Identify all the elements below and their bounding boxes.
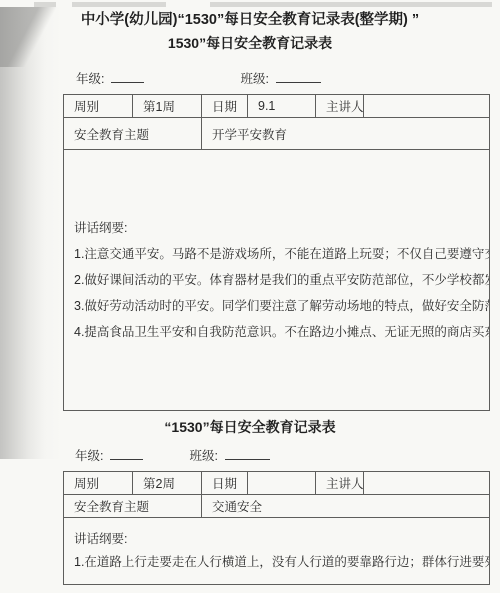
outline-cell: 讲话纲要: 1.注意交通平安。马路不是游戏场所，不能在道路上玩耍；不仅自己要遵守…	[64, 150, 490, 411]
grade-label: 年级:	[76, 72, 104, 86]
date-label-cell: 日期	[202, 472, 248, 495]
outline-item-2: 2.做好课间活动的平安。体育器材是我们的重点平安防范部位，不少学校都发生过摔伤的…	[74, 267, 485, 293]
grade-field: 年级:	[75, 446, 143, 464]
date-value-cell: 9.1	[248, 95, 316, 118]
outline-item-3: 3.做好劳动活动时的平安。同学们要注意了解劳动场地的特点，做好安全防范；注意劳逸…	[74, 293, 485, 319]
week-value-cell: 第2周	[133, 472, 202, 495]
table-row: 周别 第1周 日期 9.1 主讲人	[64, 95, 490, 118]
outline-item-4: 4.提高食品卫生平安和自我防范意识。不在路边小摊点、无证无照的商店买东西，不买"…	[74, 319, 485, 345]
record-table-week1: 周别 第1周 日期 9.1 主讲人 安全教育主题 开学平安教育 讲话纲要: 1.…	[63, 94, 490, 411]
speaker-value-cell	[364, 472, 490, 495]
week-label-cell: 周别	[64, 95, 133, 118]
table-row: 安全教育主题 交通安全	[64, 495, 490, 518]
class-field: 班级:	[189, 446, 269, 464]
outline-label: 讲话纲要:	[74, 528, 485, 551]
section2-title: “1530”每日安全教育记录表	[0, 411, 500, 436]
grade-label: 年级:	[75, 449, 103, 463]
class-label: 班级:	[189, 449, 217, 463]
document-page: 中小学(幼儿园)“1530”每日安全教育记录表(整学期) ” 1530”每日安全…	[0, 0, 500, 593]
topic-value-cell: 交通安全	[202, 495, 490, 518]
speaker-label-cell: 主讲人	[316, 95, 364, 118]
grade-field: 年级:	[76, 69, 144, 87]
table-row: 讲话纲要: 1.注意交通平安。马路不是游戏场所，不能在道路上玩耍；不仅自己要遵守…	[64, 150, 490, 411]
scan-edge-gap	[166, 1, 210, 9]
outline-cell: 讲话纲要: 1.在道路上行走要走在人行横道上，没有人行道的要靠路行边；群体行进要…	[64, 518, 490, 585]
topic-label-cell: 安全教育主题	[64, 118, 202, 150]
record-table-week2: 周别 第2周 日期 主讲人 安全教育主题 交通安全 讲话纲要: 1.在道路上行走…	[63, 471, 490, 585]
grade-blank-line	[111, 72, 144, 83]
date-value-cell	[248, 472, 316, 495]
table-row: 安全教育主题 开学平安教育	[64, 118, 490, 150]
class-label: 班级:	[240, 72, 268, 86]
speaker-label-cell: 主讲人	[316, 472, 364, 495]
date-label-cell: 日期	[202, 95, 248, 118]
class-field: 班级:	[240, 69, 320, 87]
table-row: 讲话纲要: 1.在道路上行走要走在人行横道上，没有人行道的要靠路行边；群体行进要…	[64, 518, 490, 585]
outline-item-1: 1.注意交通平安。马路不是游戏场所，不能在道路上玩耍；不仅自己要遵守交通规那么,…	[74, 241, 485, 267]
grade-class-row-2: 年级:班级:	[75, 446, 500, 462]
outline-item-1: 1.在道路上行走要走在人行横道上，没有人行道的要靠路行边；群体行进要列队，横排不…	[74, 551, 485, 574]
grade-blank-line	[110, 449, 143, 460]
topic-value-cell: 开学平安教育	[202, 118, 490, 150]
scan-edge-left	[0, 7, 62, 459]
scan-edge-top	[34, 2, 492, 7]
topic-label-cell: 安全教育主题	[64, 495, 202, 518]
speaker-value-cell	[364, 95, 490, 118]
class-blank-line	[225, 449, 270, 460]
document-title-line2: 1530”每日安全教育记录表	[0, 29, 500, 52]
outline-label: 讲话纲要:	[74, 215, 485, 241]
week-label-cell: 周别	[64, 472, 133, 495]
class-blank-line	[276, 72, 321, 83]
scan-edge-corner	[0, 7, 60, 67]
table-row: 周别 第2周 日期 主讲人	[64, 472, 490, 495]
grade-class-row-1: 年级:班级:	[76, 69, 500, 85]
week-value-cell: 第1周	[133, 95, 202, 118]
